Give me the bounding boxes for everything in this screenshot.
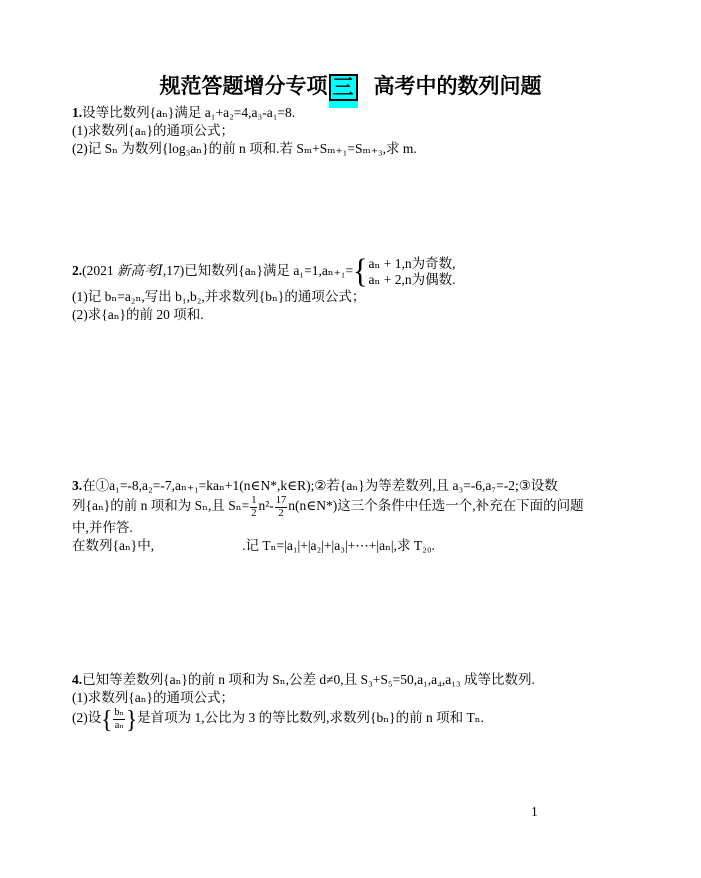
fraction: bₙaₙ bbox=[113, 707, 125, 731]
text-run: (1)求数列{aₙ}的通项公式； bbox=[72, 690, 234, 705]
right-brace: } bbox=[126, 706, 137, 731]
left-brace: { bbox=[101, 706, 112, 731]
text-line: 中,并作答. bbox=[72, 519, 584, 537]
title-suffix: 高考中的数列问题 bbox=[374, 75, 542, 98]
text-run: 1. bbox=[72, 105, 82, 120]
text-line: (2)记 Sₙ 为数列{log₃aₙ}的前 n 项和.若 Sₘ+Sₘ₊₁=Sₘ₊… bbox=[72, 140, 417, 158]
problem-4: 4.已知等差数列{aₙ}的前 n 项和为 Sₙ,公差 d≠0,且 S₃+S₅=5… bbox=[72, 671, 535, 731]
cases-row: aₙ + 1,n为奇数, bbox=[369, 256, 456, 272]
text-run: n(n∈N*)这三个条件中任选一个,补充在下面的问题 bbox=[288, 498, 583, 513]
text-line: (1)记 bₙ=a₂ₙ,写出 b₁,b₂,并求数列{bₙ}的通项公式； bbox=[72, 288, 455, 306]
text-run: 在数列{aₙ}中, bbox=[72, 538, 154, 553]
fraction-numerator: 1 bbox=[250, 495, 257, 508]
text-run: (2021 bbox=[82, 263, 117, 278]
fraction-denominator: aₙ bbox=[113, 720, 125, 732]
problem-1: 1.设等比数列{aₙ}满足 a₁+a₂=4,a₃-a₁=8.(1)求数列{aₙ}… bbox=[72, 104, 417, 158]
cases-left-brace: { bbox=[353, 255, 367, 289]
text-run: 设等比数列{aₙ}满足 a₁+a₂=4,a₃-a₁=8. bbox=[82, 105, 295, 120]
text-run: (2)记 Sₙ 为数列{log₃aₙ}的前 n 项和.若 Sₘ+Sₘ₊₁=Sₘ₊… bbox=[72, 141, 417, 156]
highlighted-text: 三 bbox=[329, 74, 358, 101]
text-line: (1)求数列{aₙ}的通项公式； bbox=[72, 689, 535, 707]
text-run: ,17)已知数列{aₙ}满足 a₁=1,aₙ₊₁= bbox=[163, 263, 353, 278]
text-line: 4.已知等差数列{aₙ}的前 n 项和为 Sₙ,公差 d≠0,且 S₃+S₅=5… bbox=[72, 671, 535, 689]
page-number: 1 bbox=[531, 803, 538, 821]
text-run: (2)设 bbox=[72, 710, 101, 725]
text-line: (1)求数列{aₙ}的通项公式； bbox=[72, 122, 417, 140]
piecewise-cases: {aₙ + 1,n为奇数,aₙ + 2,n为偶数. bbox=[353, 256, 455, 288]
text-run: 已知等差数列{aₙ}的前 n 项和为 Sₙ,公差 d≠0,且 S₃+S₅=50,… bbox=[82, 672, 535, 687]
text-line: 在数列{aₙ}中,.记 Tₙ=|a₁|+|a₂|+|a₃|+⋯+|aₙ|,求 T… bbox=[72, 537, 584, 555]
text-run: 是首项为 1,公比为 3 的等比数列,求数列{bₙ}的前 n 项和 Tₙ. bbox=[137, 710, 484, 725]
text-line: 1.设等比数列{aₙ}满足 a₁+a₂=4,a₃-a₁=8. bbox=[72, 104, 417, 122]
fraction-denominator: 2 bbox=[275, 508, 288, 520]
fraction-numerator: 17 bbox=[275, 495, 288, 508]
fraction: 12 bbox=[250, 495, 257, 519]
text-run: (1)记 bₙ=a₂ₙ,写出 b₁,b₂,并求数列{bₙ}的通项公式； bbox=[72, 289, 365, 304]
text-run: 新高考Ⅰ bbox=[117, 263, 163, 278]
text-run: (2)求{aₙ}的前 20 项和. bbox=[72, 307, 204, 322]
text-run: n²- bbox=[258, 498, 273, 513]
braced-fraction: {bₙaₙ} bbox=[101, 707, 137, 731]
text-run: .记 Tₙ=|a₁|+|a₂|+|a₃|+⋯+|aₙ|,求 T₂₀. bbox=[242, 538, 435, 553]
document-page: 规范答题增分专项三高考中的数列问题 1.设等比数列{aₙ}满足 a₁+a₂=4,… bbox=[0, 0, 701, 878]
cases-rows: aₙ + 1,n为奇数,aₙ + 2,n为偶数. bbox=[369, 256, 456, 288]
text-line: 列{aₙ}的前 n 项和为 Sₙ,且 Sₙ=12n²-172n(n∈N*)这三个… bbox=[72, 495, 584, 519]
text-run: 中,并作答. bbox=[72, 520, 133, 535]
fraction: 172 bbox=[275, 495, 288, 519]
text-run: (1)求数列{aₙ}的通项公式； bbox=[72, 123, 234, 138]
text-run: 2. bbox=[72, 263, 82, 278]
text-run: 4. bbox=[72, 672, 82, 687]
text-run: 在①a₁=-8,a₂=-7,aₙ₊₁=kaₙ+1(n∈N*,k∈R);②若{aₙ… bbox=[82, 478, 558, 493]
text-run: 列{aₙ}的前 n 项和为 Sₙ,且 Sₙ= bbox=[72, 498, 249, 513]
problem-3: 3.在①a₁=-8,a₂=-7,aₙ₊₁=kaₙ+1(n∈N*,k∈R);②若{… bbox=[72, 477, 584, 555]
fraction-denominator: 2 bbox=[250, 508, 257, 520]
text-line: 2.(2021 新高考Ⅰ,17)已知数列{aₙ}满足 a₁=1,aₙ₊₁={aₙ… bbox=[72, 256, 455, 288]
text-line: (2)设{bₙaₙ}是首项为 1,公比为 3 的等比数列,求数列{bₙ}的前 n… bbox=[72, 707, 535, 731]
title-prefix: 规范答题增分专项 bbox=[160, 75, 328, 98]
text-line: 3.在①a₁=-8,a₂=-7,aₙ₊₁=kaₙ+1(n∈N*,k∈R);②若{… bbox=[72, 477, 584, 495]
text-run: 3. bbox=[72, 478, 82, 493]
cases-row: aₙ + 2,n为偶数. bbox=[369, 272, 456, 288]
problem-2: 2.(2021 新高考Ⅰ,17)已知数列{aₙ}满足 a₁=1,aₙ₊₁={aₙ… bbox=[72, 256, 455, 324]
fraction-numerator: bₙ bbox=[113, 707, 125, 720]
highlighted-field: 三 bbox=[329, 74, 358, 101]
text-line: (2)求{aₙ}的前 20 项和. bbox=[72, 306, 455, 324]
page-title: 规范答题增分专项三高考中的数列问题 bbox=[0, 74, 701, 101]
